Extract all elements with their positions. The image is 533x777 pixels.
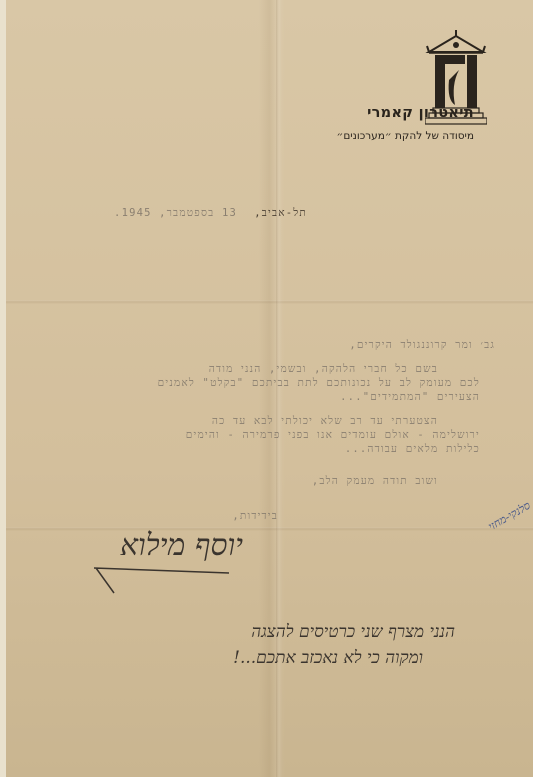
signoff: בידידות, [232,510,278,522]
letter-paper: תיאטרון קאמרי מיסודה של להקת ״מערכונים״ … [6,0,533,777]
fold-line-horizontal [6,300,533,304]
signature: יוסף מילוא [120,528,243,563]
postscript-line: הנני מצרף שני כרטיסים להצגה [251,622,455,642]
signature-flourish [94,565,234,595]
fold-line-horizontal [6,527,533,531]
paragraph-line: ירושלימה - אולם עומדים אנו בפני פרמירה -… [186,429,480,441]
theatre-subtitle: מיסודה של להקת ״מערכונים״ [337,130,474,142]
date-place: תל-אביב, [254,207,307,219]
theatre-name: תיאטרון קאמרי [367,105,474,121]
paragraph-line: הצעירים "המתמידים"... [340,391,480,403]
paragraph-line: בשם כל חברי הלהקה, ובשמי, הנני מודה [209,363,438,375]
date-value: 13 בספטמבר, 1945. [114,207,237,219]
salutation: גב׳ ומר קרוננגולד היקרים, [349,339,495,351]
closing-line: ושוב תודה מעמק הלב, [312,475,438,487]
paragraph-line: כלילות מלאים עבודה... [345,443,480,455]
postscript-line: ומקוה כי לא נאכזב אתכם...! [233,648,423,668]
paragraph-line: הצטערתי עד רב שלא יכולתי לבא עד כה [212,415,438,427]
paragraph-line: לכם מעומק לב על נכונותכם לתת בביתכם "בקל… [158,377,480,389]
